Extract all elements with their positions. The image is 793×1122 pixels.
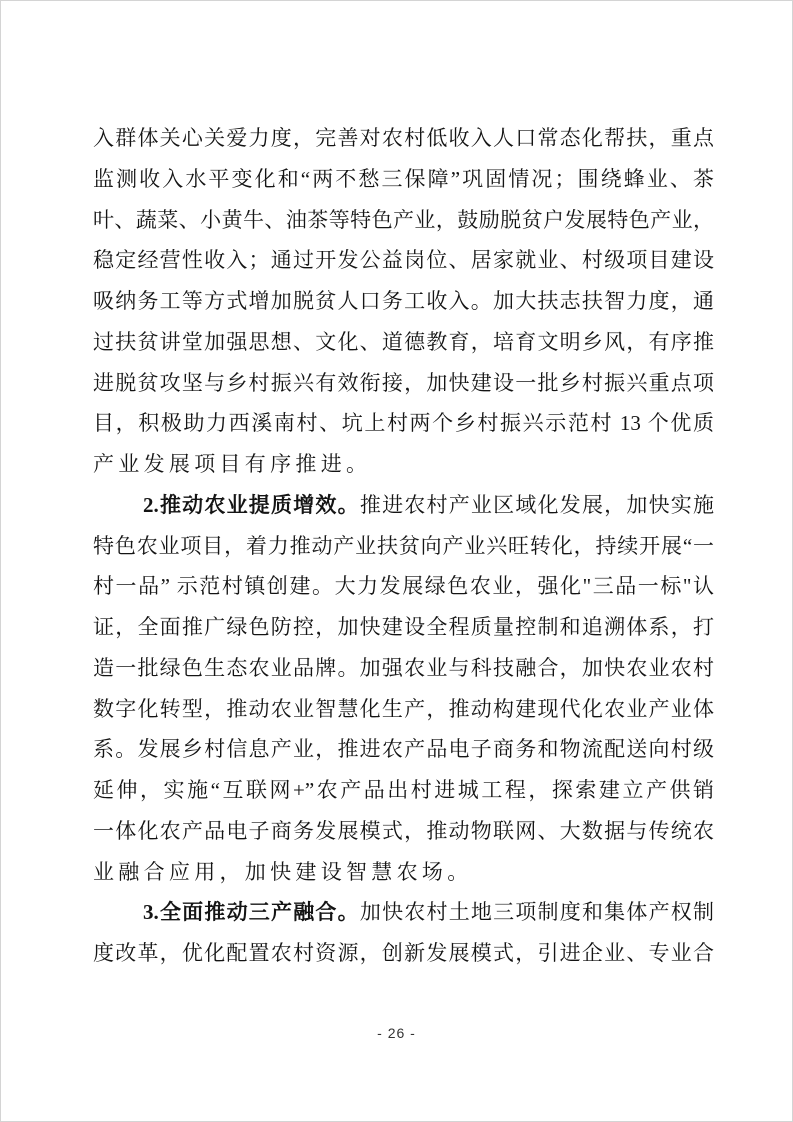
document-body: 入群体关心关爱力度，完善对农村低收入人口常态化帮扶，重点监测收入水平变化和“两不… [93, 118, 714, 974]
text-line: 度改革，优化配置农村资源，创新发展模式，引进企业、专业合 [93, 933, 714, 974]
body-text: 产业发展项目有序推进。 [93, 452, 371, 476]
body-text: 特色农业项目，着力推动产业扶贫向产业兴旺转化，持续开展“一 [93, 534, 714, 558]
text-line: 数字化转型，推动农业智慧化生产，推动构建现代化农业产业体 [93, 689, 714, 730]
text-line: 业融合应用，加快建设智慧农场。 [93, 852, 714, 893]
body-text: 业融合应用，加快建设智慧农场。 [93, 860, 473, 884]
heading-text: 3.全面推动三产融合。 [143, 900, 360, 924]
body-text: 进脱贫攻坚与乡村振兴有效衔接，加快建设一批乡村振兴重点项 [93, 371, 714, 395]
text-line: 叶、蔬菜、小黄牛、油茶等特色产业，鼓励脱贫户发展特色产业， [93, 200, 714, 241]
body-text: 目，积极助力西溪南村、坑上村两个乡村振兴示范村 13 个优质 [93, 411, 714, 435]
document-page: 入群体关心关爱力度，完善对农村低收入人口常态化帮扶，重点监测收入水平变化和“两不… [0, 0, 793, 1122]
body-text: 造一批绿色生态农业品牌。加强农业与科技融合，加快农业农村 [93, 656, 714, 680]
body-text: 加快农村土地三项制度和集体产权制 [360, 900, 714, 924]
body-text: 入群体关心关爱力度，完善对农村低收入人口常态化帮扶，重点 [93, 126, 714, 150]
text-line: 系。发展乡村信息产业，推进农产品电子商务和物流配送向村级 [93, 729, 714, 770]
text-line: 证，全面推广绿色防控，加快建设全程质量控制和追溯体系，打 [93, 607, 714, 648]
body-text: 吸纳务工等方式增加脱贫人口务工收入。加大扶志扶智力度，通 [93, 289, 714, 313]
text-line: 入群体关心关爱力度，完善对农村低收入人口常态化帮扶，重点 [93, 118, 714, 159]
text-line: 一体化农产品电子商务发展模式，推动物联网、大数据与传统农 [93, 811, 714, 852]
text-line: 进脱贫攻坚与乡村振兴有效衔接，加快建设一批乡村振兴重点项 [93, 363, 714, 404]
text-line: 目，积极助力西溪南村、坑上村两个乡村振兴示范村 13 个优质 [93, 403, 714, 444]
body-text: 数字化转型，推动农业智慧化生产，推动构建现代化农业产业体 [93, 697, 714, 721]
text-line: 稳定经营性收入；通过开发公益岗位、居家就业、村级项目建设 [93, 240, 714, 281]
text-line: 村一品” 示范村镇创建。大力发展绿色农业，强化"三品一标"认 [93, 566, 714, 607]
text-line: 造一批绿色生态农业品牌。加强农业与科技融合，加快农业农村 [93, 648, 714, 689]
text-line: 延伸，实施“互联网+”农产品出村进城工程，探索建立产供销 [93, 770, 714, 811]
page-number: - 26 - [1, 1023, 792, 1043]
body-text: 系。发展乡村信息产业，推进农产品电子商务和物流配送向村级 [93, 737, 714, 761]
text-line: 监测收入水平变化和“两不愁三保障”巩固情况；围绕蜂业、茶 [93, 159, 714, 200]
body-text: 推进农村产业区域化发展，加快实施 [360, 493, 714, 517]
text-line: 3.全面推动三产融合。加快农村土地三项制度和集体产权制 [93, 892, 714, 933]
body-text: 过扶贫讲堂加强思想、文化、道德教育，培育文明乡风，有序推 [93, 330, 714, 354]
body-text: 延伸，实施“互联网+”农产品出村进城工程，探索建立产供销 [93, 778, 714, 802]
body-text: 证，全面推广绿色防控，加快建设全程质量控制和追溯体系，打 [93, 615, 714, 639]
body-text: 监测收入水平变化和“两不愁三保障”巩固情况；围绕蜂业、茶 [93, 167, 714, 191]
heading-text: 2.推动农业提质增效。 [143, 493, 360, 517]
body-text: 叶、蔬菜、小黄牛、油茶等特色产业，鼓励脱贫户发展特色产业， [93, 208, 714, 232]
body-text: 稳定经营性收入；通过开发公益岗位、居家就业、村级项目建设 [93, 248, 714, 272]
text-line: 特色农业项目，着力推动产业扶贫向产业兴旺转化，持续开展“一 [93, 526, 714, 567]
body-text: 村一品” 示范村镇创建。大力发展绿色农业，强化"三品一标"认 [93, 574, 714, 598]
text-line: 过扶贫讲堂加强思想、文化、道德教育，培育文明乡风，有序推 [93, 322, 714, 363]
body-text: 度改革，优化配置农村资源，创新发展模式，引进企业、专业合 [93, 941, 714, 965]
text-line: 吸纳务工等方式增加脱贫人口务工收入。加大扶志扶智力度，通 [93, 281, 714, 322]
body-text: 一体化农产品电子商务发展模式，推动物联网、大数据与传统农 [93, 819, 714, 843]
text-line: 产业发展项目有序推进。 [93, 444, 714, 485]
text-line: 2.推动农业提质增效。推进农村产业区域化发展，加快实施 [93, 485, 714, 526]
